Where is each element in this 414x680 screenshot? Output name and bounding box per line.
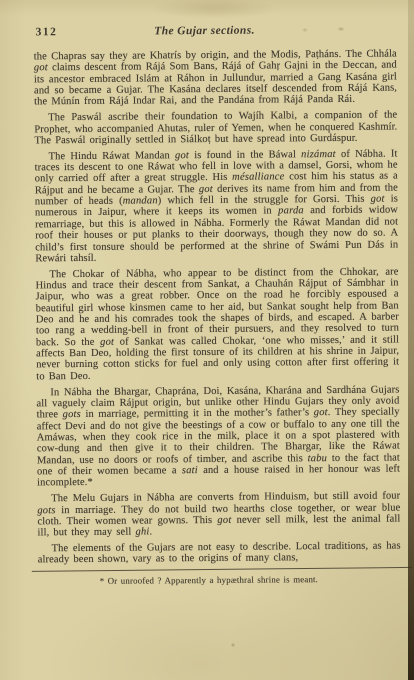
footnote-rule — [32, 567, 412, 572]
paragraph: In Nábha the Bhargar, Chaprána, Doi, Kas… — [36, 384, 400, 489]
paragraph: The Melu Gujars in Nábha are converts fr… — [37, 491, 400, 539]
page-edge-shadow — [408, 0, 414, 680]
italic-term: got — [100, 336, 114, 347]
italic-term: got — [199, 184, 213, 195]
italic-term: mandan — [123, 196, 158, 207]
italic-term: gots — [63, 409, 81, 420]
italic-term: got — [217, 515, 231, 526]
italic-term: tabu — [308, 453, 328, 464]
paragraph: The Hindu Ráwat Mandan got is found in t… — [35, 148, 399, 264]
italic-term: nizámat — [301, 149, 336, 160]
italic-term: got — [34, 63, 48, 74]
page-header: 312 The Gujar sections. — [36, 24, 374, 42]
italic-term: gots — [37, 505, 55, 516]
italic-term: got — [371, 194, 385, 205]
italic-term: sati — [182, 465, 198, 476]
italic-term: ghi — [135, 527, 149, 538]
italic-term: mésalliance — [232, 172, 284, 183]
paragraph: The Paswál ascribe their foundation to W… — [34, 110, 397, 147]
text-block: the Chapras say they are Khatrís by orig… — [34, 49, 401, 567]
paragraph: the Chapras say they are Khatrís by orig… — [34, 49, 397, 109]
page-content: 312 The Gujar sections. the Chapras say … — [0, 0, 414, 680]
italic-term: parda — [278, 206, 304, 217]
italic-term: got — [314, 407, 328, 418]
footnote: * Or unroofed ? Apparently a hypæthral s… — [22, 574, 396, 587]
italic-term: got — [175, 150, 189, 161]
paragraph: The elements of the Gujars are not easy … — [38, 541, 401, 567]
paragraph: The Chokar of Nábha, who appear to be di… — [35, 266, 399, 382]
scanned-book-page: 312 The Gujar sections. the Chapras say … — [0, 0, 414, 680]
page-title: The Gujar sections. — [36, 24, 374, 39]
